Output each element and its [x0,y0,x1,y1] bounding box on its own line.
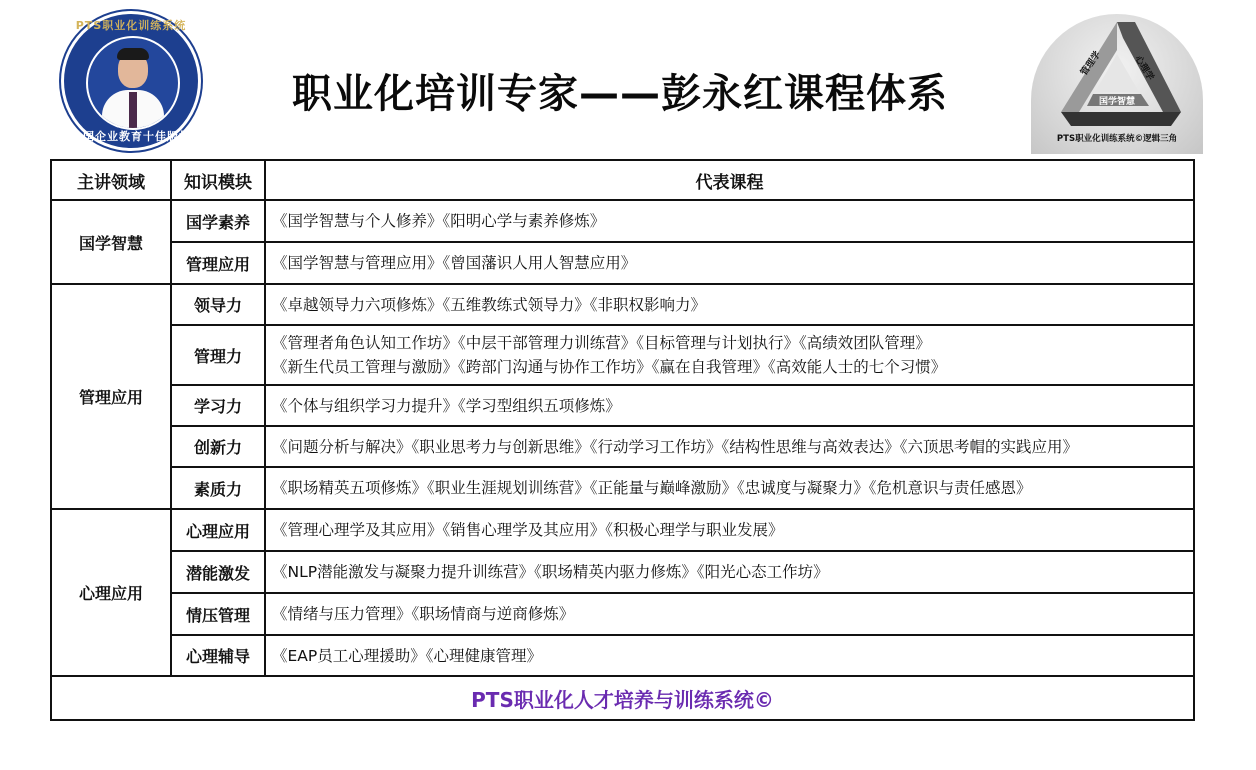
table-row: 管理力 《管理者角色认知工作坊》《中层干部管理力训练营》《目标管理与计划执行》《… [51,325,1194,385]
column-header-module: 知识模块 [171,160,265,200]
course-cell: 《个体与组织学习力提升》《学习型组织五项修炼》 [265,385,1194,426]
photo-hair [117,48,149,60]
domain-cell: 心理应用 [51,509,171,676]
instructor-photo [86,36,180,130]
badge-ring-top-text: PTS职业化训练系统 [64,17,198,33]
column-header-domain: 主讲领域 [51,160,171,200]
module-cell: 领导力 [171,284,265,325]
table-row: 管理应用 《国学智慧与管理应用》《曾国藩识人用人智慧应用》 [51,242,1194,284]
course-cell: 《职场精英五项修炼》《职业生涯规划训练营》《正能量与巅峰激励》《忠诚度与凝聚力》… [265,467,1194,509]
page-title: 职业化培训专家——彭永红课程体系 [270,62,970,119]
badge-ring-bottom-text: 中国企业教育十佳版权 [64,128,198,144]
domain-cell: 管理应用 [51,284,171,509]
table-row: 心理辅导 《EAP员工心理援助》《心理健康管理》 [51,635,1194,676]
domain-cell: 国学智慧 [51,200,171,284]
module-cell: 国学素养 [171,200,265,242]
course-system-table: 主讲领域 知识模块 代表课程 国学智慧 国学素养 《国学智慧与个人修养》《阳明心… [50,159,1195,721]
module-cell: 素质力 [171,467,265,509]
course-cell: 《管理心理学及其应用》《销售心理学及其应用》《积极心理学与职业发展》 [265,509,1194,551]
course-cell: 《国学智慧与管理应用》《曾国藩识人用人智慧应用》 [265,242,1194,284]
module-cell: 心理辅导 [171,635,265,676]
module-cell: 管理力 [171,325,265,385]
table-row: 学习力 《个体与组织学习力提升》《学习型组织五项修炼》 [51,385,1194,426]
instructor-badge-logo: PTS职业化训练系统 中国企业教育十佳版权 [64,14,198,148]
table-row: 国学智慧 国学素养 《国学智慧与个人修养》《阳明心学与素养修炼》 [51,200,1194,242]
system-footer-title: PTS职业化人才培养与训练系统© [51,676,1194,720]
course-cell: 《问题分析与解决》《职业思考力与创新思维》《行动学习工作坊》《结构性思维与高效表… [265,426,1194,467]
table-row: 素质力 《职场精英五项修炼》《职业生涯规划训练营》《正能量与巅峰激励》《忠诚度与… [51,467,1194,509]
logic-triangle-logo: 管理学 心理学 国学智慧 PTS职业化训练系统©逻辑三角 [1031,14,1203,154]
module-cell: 潜能激发 [171,551,265,593]
module-cell: 情压管理 [171,593,265,635]
course-cell: 《NLP潜能激发与凝聚力提升训练营》《职场精英内驱力修炼》《阳光心态工作坊》 [265,551,1194,593]
logo-label-guoxue: 国学智慧 [1099,95,1135,107]
module-cell: 心理应用 [171,509,265,551]
table-header-row: 主讲领域 知识模块 代表课程 [51,160,1194,200]
module-cell: 学习力 [171,385,265,426]
logo-caption: PTS职业化训练系统©逻辑三角 [1031,132,1203,144]
module-cell: 管理应用 [171,242,265,284]
table-row: 潜能激发 《NLP潜能激发与凝聚力提升训练营》《职场精英内驱力修炼》《阳光心态工… [51,551,1194,593]
photo-tie [129,92,137,128]
table-row: 心理应用 心理应用 《管理心理学及其应用》《销售心理学及其应用》《积极心理学与职… [51,509,1194,551]
table-footer-row: PTS职业化人才培养与训练系统© [51,676,1194,720]
course-cell: 《情绪与压力管理》《职场情商与逆商修炼》 [265,593,1194,635]
table-row: 管理应用 领导力 《卓越领导力六项修炼》《五维教练式领导力》《非职权影响力》 [51,284,1194,325]
course-cell: 《EAP员工心理援助》《心理健康管理》 [265,635,1194,676]
table-row: 创新力 《问题分析与解决》《职业思考力与创新思维》《行动学习工作坊》《结构性思维… [51,426,1194,467]
module-cell: 创新力 [171,426,265,467]
course-cell: 《管理者角色认知工作坊》《中层干部管理力训练营》《目标管理与计划执行》《高绩效团… [265,325,1194,385]
column-header-courses: 代表课程 [265,160,1194,200]
course-cell: 《卓越领导力六项修炼》《五维教练式领导力》《非职权影响力》 [265,284,1194,325]
table-row: 情压管理 《情绪与压力管理》《职场情商与逆商修炼》 [51,593,1194,635]
course-cell: 《国学智慧与个人修养》《阳明心学与素养修炼》 [265,200,1194,242]
course-line: 《新生代员工管理与激励》《跨部门沟通与协作工作坊》《赢在自我管理》《高效能人士的… [272,355,1193,379]
course-line: 《管理者角色认知工作坊》《中层干部管理力训练营》《目标管理与计划执行》《高绩效团… [272,331,1193,355]
